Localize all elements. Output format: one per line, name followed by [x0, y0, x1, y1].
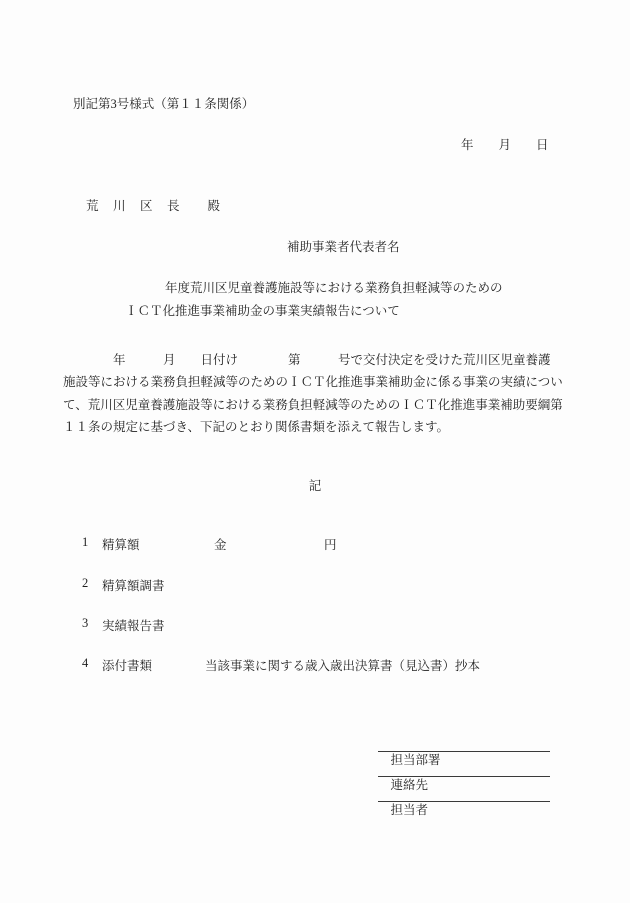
contact-field-person-in-charge: 担当者 — [378, 785, 550, 802]
record-marker: 記 — [0, 476, 630, 494]
item-number: 3 — [82, 616, 88, 631]
date-blank-line: 年 月 日 — [461, 135, 549, 153]
contact-field-label: 担当者 — [391, 803, 429, 817]
body-paragraph-line-1: 年 月 日付け 第 号で交付決定を受けた荒川区児童養護 — [63, 349, 575, 371]
body-paragraph-line-3: て、荒川区児童養護施設等における業務負担軽減等のためのＩＣＴ化推進事業補助要綱第 — [63, 394, 575, 416]
body-paragraph-line-4: １１条の規定に基づき、下記のとおり関係書類を添えて報告します。 — [63, 416, 575, 438]
item-label: 添付書類 — [102, 656, 152, 674]
document-title-line-1: 年度荒川区児童養護施設等における業務負担軽減等のための — [165, 278, 503, 296]
addressee-mayor: 荒 川 区 長 殿 — [86, 196, 221, 214]
item-label: 実績報告書 — [102, 616, 165, 634]
item-label: 精算額 — [102, 535, 140, 553]
form-number: 別記第3号様式（第１１条関係） — [73, 94, 254, 112]
item-detail: 当該事業に関する歳入歳出決算書（見込書）抄本 — [205, 656, 480, 674]
body-paragraph: 年 月 日付け 第 号で交付決定を受けた荒川区児童養護 施設等における業務負担軽… — [63, 349, 575, 439]
list-item-performance-report: 3 実績報告書 — [0, 616, 630, 634]
body-paragraph-line-2: 施設等における業務負担軽減等のためのＩＣＴ化推進事業補助金に係る事業の実績につい — [63, 371, 575, 393]
document-page: 別記第3号様式（第１１条関係） 年 月 日 荒 川 区 長 殿 補助事業者代表者… — [0, 0, 630, 903]
amount-yen-suffix: 円 — [324, 535, 337, 553]
item-number: 2 — [82, 576, 88, 591]
list-item-attachments: 4 添付書類 当該事業に関する歳入歳出決算書（見込書）抄本 — [0, 656, 630, 674]
representative-name-label: 補助事業者代表者名 — [287, 237, 400, 255]
item-number: 1 — [82, 535, 88, 550]
item-number: 4 — [82, 656, 88, 671]
list-item-settlement-amount: 1 精算額 金 円 — [0, 535, 630, 553]
list-item-settlement-statement: 2 精算額調書 — [0, 576, 630, 594]
amount-yen-prefix: 金 — [214, 535, 227, 553]
document-title-line-2: ＩＣＴ化推進事業補助金の事業実績報告について — [125, 301, 400, 319]
item-label: 精算額調書 — [102, 576, 165, 594]
contact-field-contact-info: 連絡先 — [378, 760, 550, 777]
contact-field-department: 担当部署 — [378, 735, 550, 752]
